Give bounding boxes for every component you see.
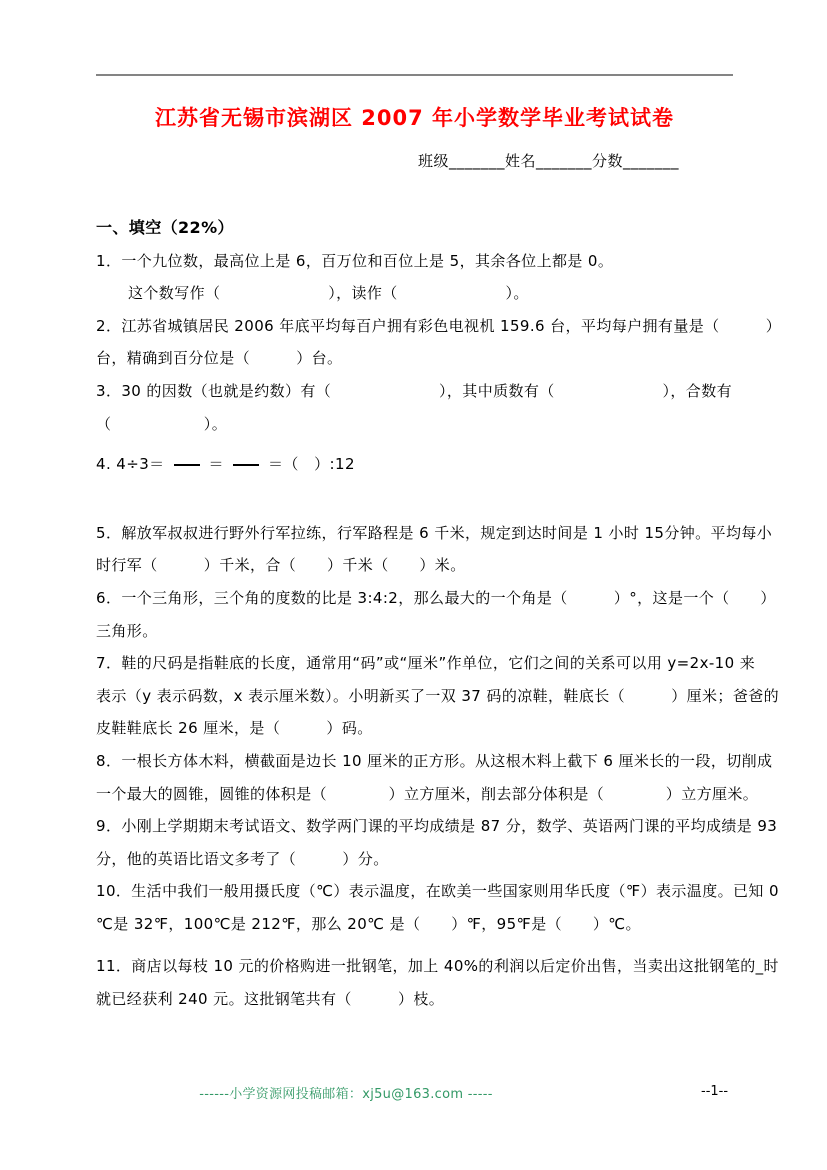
question-line: 8．一根长方体木料，横截面是边长 10 厘米的正方形。从这根木料上截下 6 厘米… <box>96 745 746 778</box>
question-line: 5．解放军叔叔进行野外行军拉练，行军路程是 6 千米，规定到达时间是 1 小时 … <box>96 517 746 550</box>
question-line: 这个数写作（ ），读作（ ）。 <box>96 277 746 310</box>
q4-equals: ＝ <box>209 455 224 473</box>
question-line: 三角形。 <box>96 615 746 648</box>
exam-body: 一、填空（22%） 1．一个九位数，最高位上是 6，百万位和百位上是 5，其余各… <box>96 212 746 1016</box>
question-line: 皮鞋鞋底长 26 厘米，是（ ）码。 <box>96 712 746 745</box>
question-line: 11．商店以每枝 10 元的价格购进一批钢笔，加上 40%的利润以后定价出售，当… <box>96 950 746 983</box>
question-line: 9．小刚上学期期末考试语文、数学两门课的平均成绩是 87 分，数学、英语两门课的… <box>96 810 746 843</box>
q4-prefix: 4. 4÷3＝ <box>96 455 165 473</box>
exam-title: 江苏省无锡市滨湖区 2007 年小学数学毕业考试试卷 <box>96 102 733 132</box>
question-line: 10．生活中我们一般用摄氏度（℃）表示温度，在欧美一些国家则用华氏度（℉）表示温… <box>96 875 746 908</box>
question-line: 3．30 的因数（也就是约数）有（ ），其中质数有（ ），合数有 <box>96 375 746 408</box>
fraction-blank <box>233 464 259 466</box>
question-line: 台，精确到百分位是（ ）台。 <box>96 342 746 375</box>
page-number: --1-- <box>701 1084 728 1099</box>
question-line: 2．江苏省城镇居民 2006 年底平均每百户拥有彩色电视机 159.6 台，平均… <box>96 310 746 343</box>
question-line: 时行军（ ）千米，合（ ）千米（ ）米。 <box>96 549 746 582</box>
fraction-blank <box>174 464 200 466</box>
question-line: 分，他的英语比语文多考了（ ）分。 <box>96 843 746 876</box>
question-line-q4: 4. 4÷3＝＝＝（ ）:12 <box>96 448 746 481</box>
section-heading: 一、填空（22%） <box>96 212 746 245</box>
student-info-line: 班级_______姓名_______分数_______ <box>418 150 679 171</box>
q4-suffix: ＝（ ）:12 <box>268 455 355 473</box>
question-line: 7．鞋的尺码是指鞋底的长度，通常用“码”或“厘米”作单位，它们之间的关系可以用 … <box>96 647 746 680</box>
document-page: 江苏省无锡市滨湖区 2007 年小学数学毕业考试试卷 班级_______姓名__… <box>0 0 827 1170</box>
question-line: 表示（y 表示码数，x 表示厘米数）。小明新买了一双 37 码的凉鞋，鞋底长（ … <box>96 680 746 713</box>
question-line: （ ）。 <box>96 408 746 441</box>
question-line: ℃是 32℉，100℃是 212℉，那么 20℃ 是（ ）℉，95℉是（ ）℃。 <box>96 908 746 941</box>
footer-source-note: ------小学资源网投稿邮箱：xj5u@163.com ----- <box>96 1083 596 1102</box>
question-line: 6．一个三角形，三个角的度数的比是 3:4:2，那么最大的一个角是（ ）°，这是… <box>96 582 746 615</box>
question-line: 就已经获利 240 元。这批钢笔共有（ ）枝。 <box>96 983 746 1016</box>
header-rule <box>96 74 733 76</box>
question-line: 一个最大的圆锥，圆锥的体积是（ ）立方厘米，削去部分体积是（ ）立方厘米。 <box>96 778 746 811</box>
question-line: 1．一个九位数，最高位上是 6，百万位和百位上是 5，其余各位上都是 0。 <box>96 245 746 278</box>
